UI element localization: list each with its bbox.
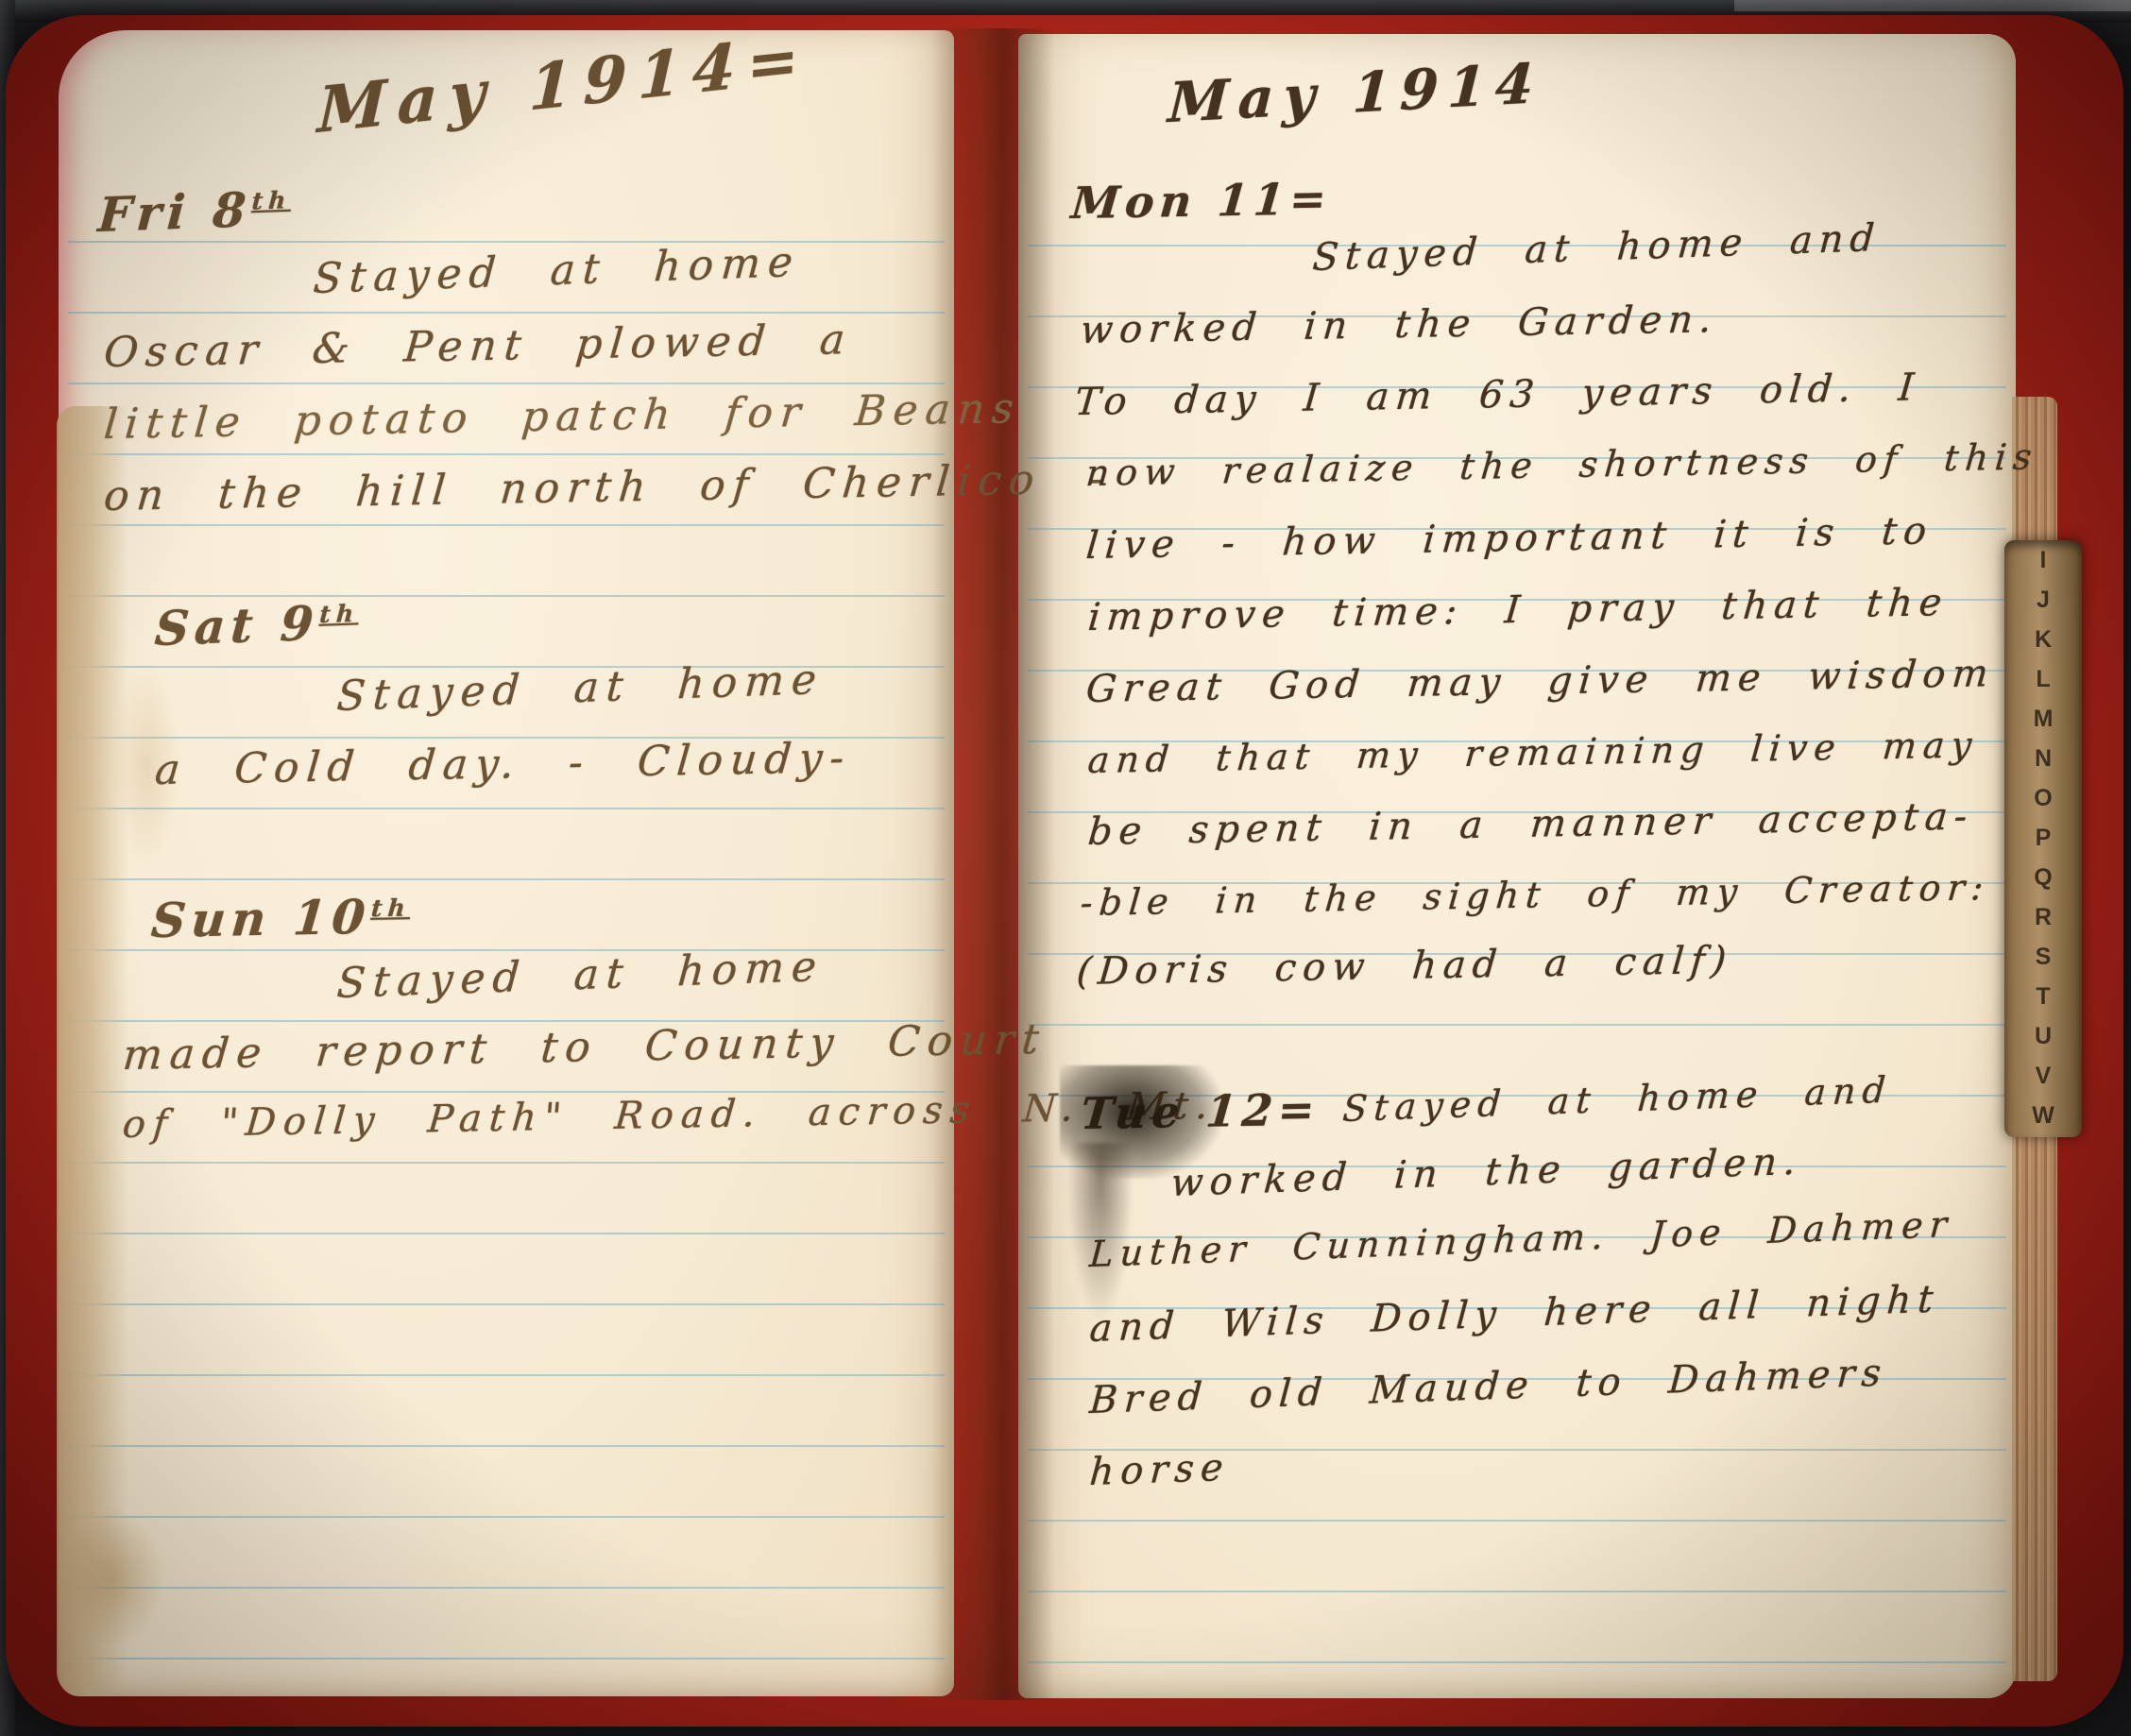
entry-date-text: Fri 8 <box>96 181 253 243</box>
entry-date-sun-10: Sun 10th <box>149 888 413 948</box>
page-stack-edge <box>57 406 128 1696</box>
entry-date-ordinal: th <box>251 186 293 215</box>
thumb-index-tabs: I J K L M N O P Q R S T U V W <box>2004 540 2082 1137</box>
thumb-tab-letter: K <box>2004 620 2082 659</box>
entry-date-sat-9: Sat 9th <box>153 593 361 656</box>
age-spot <box>60 1507 164 1649</box>
thumb-tab-letter: P <box>2004 818 2082 858</box>
diary-photo: I J K L M N O P Q R S T U V W May 1914= … <box>0 0 2131 1736</box>
thumb-tab-letter: V <box>2004 1056 2082 1096</box>
book-spine-shadow <box>931 28 1054 1700</box>
thumb-tab-letter: T <box>2004 977 2082 1016</box>
thumb-tab-letter: J <box>2004 580 2082 620</box>
ink-smear <box>1067 1143 1134 1322</box>
entry-date-text: Mon 11 <box>1069 174 1292 229</box>
thumb-tab-letter: U <box>2004 1016 2082 1056</box>
entry-date-tail: = <box>1287 173 1334 225</box>
thumb-tab-letter: N <box>2004 739 2082 778</box>
entry-date-mon-11: Mon 11= <box>1069 173 1334 229</box>
thumb-tab-letter: R <box>2004 897 2082 937</box>
entry-date-ordinal: th <box>370 894 412 922</box>
thumb-tab-letter: O <box>2004 778 2082 818</box>
thumb-tab-letter: W <box>2004 1096 2082 1135</box>
thumb-tab-letter: Q <box>2004 858 2082 897</box>
thumb-tab-letter: S <box>2004 937 2082 977</box>
thumb-tab-letter: L <box>2004 659 2082 699</box>
entry-date-text: Sat 9 <box>153 595 321 656</box>
entry-date-tail: = <box>1276 1083 1322 1135</box>
entry-line: horse <box>1088 1446 1231 1494</box>
photo-corner-light <box>1734 0 2131 11</box>
entry-date-ordinal: th <box>318 600 360 629</box>
entry-date-fri-8: Fri 8th <box>96 180 293 243</box>
entry-date-text: Sun 10 <box>149 889 373 948</box>
thumb-tab-letter: M <box>2004 699 2082 739</box>
thumb-tab-letter: I <box>2004 540 2082 580</box>
